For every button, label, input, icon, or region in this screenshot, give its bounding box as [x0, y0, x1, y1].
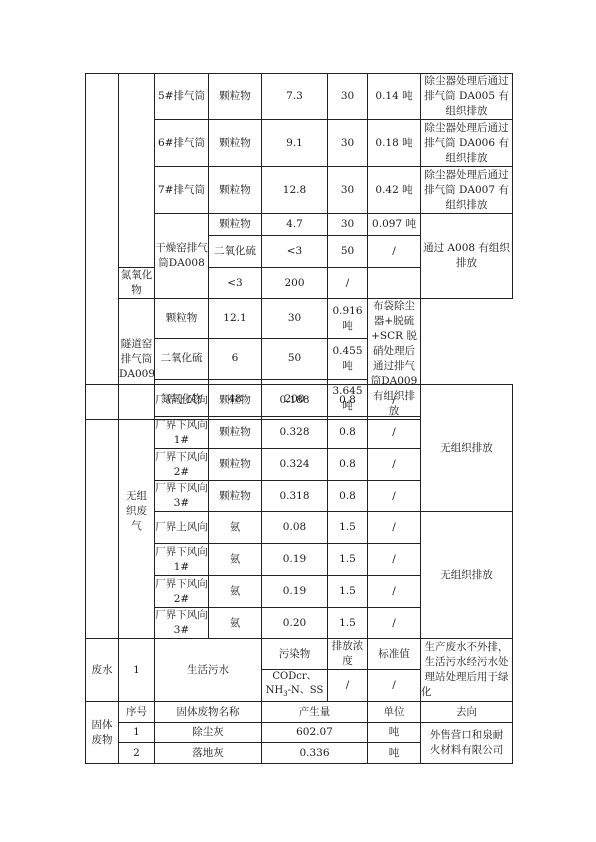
amount-cell: 0.18 吨 — [368, 120, 421, 167]
concentration-cell: / — [328, 670, 368, 702]
pollutant-cell: 颗粒物 — [209, 120, 262, 167]
standard-cell: 50 — [328, 236, 368, 268]
pollutant-cell: CODcr、 NH3-N、SS — [262, 670, 328, 702]
point-cell: 厂界下风向 2# — [155, 576, 209, 608]
point-cell: 厂界下风向 2# — [155, 449, 209, 481]
name-cell: 除尘灰 — [155, 723, 262, 743]
concentration-cell: 0.20 — [262, 608, 328, 639]
category-cell-gas — [86, 74, 119, 420]
measure-cell: 生产废水不外排，生活污水经污水处理站处理后用于绿化 — [421, 639, 513, 702]
measure-cell: 通过 A008 有组织排放 — [421, 214, 513, 299]
pollutant-cell: 颗粒物 — [155, 299, 209, 339]
amount-cell: / — [368, 481, 421, 512]
concentration-cell: 0.19 — [262, 544, 328, 576]
header-unit: 单位 — [368, 702, 421, 723]
pollutant-cell: 氨 — [209, 544, 262, 576]
measure-cell: 除尘器处理后通过排气筒 DA006 有组织排放 — [421, 120, 513, 167]
concentration-cell: 0.324 — [262, 449, 328, 481]
unit-cell: 吨 — [368, 723, 421, 743]
pollutant-cell: 颗粒物 — [209, 167, 262, 214]
standard-cell: 50 — [262, 339, 328, 379]
point-cell: 厂界下风向 1# — [155, 544, 209, 576]
concentration-cell: 0.318 — [262, 481, 328, 512]
header-destination: 去向 — [421, 702, 513, 723]
concentration-cell: 12.8 — [262, 167, 328, 214]
amount-cell: 0.097 吨 — [368, 214, 421, 236]
standard-cell: / — [368, 670, 421, 702]
amount-cell: 0.14 吨 — [368, 74, 421, 120]
standard-cell: 1.5 — [328, 512, 368, 544]
pollutant-text-2: NH — [266, 685, 283, 696]
header-pollutant: 污染物 — [262, 639, 328, 670]
header-concentration: 排放浓度 — [328, 639, 368, 670]
standard-cell: 30 — [328, 214, 368, 236]
header-name: 固体废物名称 — [155, 702, 262, 723]
table-row-wastewater: 废水 1 生活污水 污染物 排放浓度 标准值 生产废水不外排，生活污水经污水处理… — [86, 639, 513, 670]
amount-cell: / — [328, 268, 368, 299]
category-cell-solid: 固体废物 — [86, 702, 119, 764]
pollutant-cell: 颗粒物 — [209, 449, 262, 481]
index-cell: 1 — [119, 723, 155, 743]
point-cell: 厂界下风向 3# — [155, 608, 209, 639]
source-cell: 7#排气筒 — [155, 167, 209, 214]
amount-cell: / — [368, 449, 421, 481]
pollutant-text-3: -N、SS — [288, 685, 324, 696]
table-row: 1 除尘灰 602.07 吨 外售营口和泉耐火材料有限公司 — [86, 723, 513, 743]
pollutant-cell: 颗粒物 — [209, 214, 262, 236]
pollutant-cell: 氨 — [209, 512, 262, 544]
concentration-cell: 4.7 — [262, 214, 328, 236]
table-row: 隧道窑排气筒DA009 颗粒物 12.1 30 0.916 吨 布袋除尘器+脱硫… — [86, 299, 513, 339]
amount-cell: / — [368, 512, 421, 544]
table-row: 5#排气筒 颗粒物 7.3 30 0.14 吨 除尘器处理后通过排气筒 DA00… — [86, 74, 513, 120]
amount-cell: / — [368, 236, 421, 268]
source-cell: 5#排气筒 — [155, 74, 209, 120]
header-index: 序号 — [119, 702, 155, 723]
subcategory-cell-organized — [119, 74, 155, 268]
pollutant-cell: 氮氧化物 — [119, 268, 155, 299]
header-amount: 产生量 — [262, 702, 368, 723]
pollutant-cell: 二氧化硫 — [155, 339, 209, 379]
amount-cell: 0.455 吨 — [328, 339, 368, 379]
concentration-cell: 0.19 — [262, 576, 328, 608]
pollutant-cell: 颗粒物 — [209, 417, 262, 449]
name-cell: 生活污水 — [155, 639, 262, 702]
table-row-solid-header: 固体废物 序号 固体废物名称 产生量 单位 去向 — [86, 702, 513, 723]
measure-cell: 无组织排放 — [421, 512, 513, 639]
index-cell: 2 — [119, 743, 155, 764]
amount-cell: 602.07 — [262, 723, 368, 743]
amount-cell: 0.916 吨 — [328, 299, 368, 339]
concentration-cell: <3 — [262, 236, 328, 268]
concentration-cell: 12.1 — [209, 299, 262, 339]
source-cell: 6#排气筒 — [155, 120, 209, 167]
subcategory-cell-fugitive: 无组织废气 — [119, 385, 155, 639]
pollutant-text-1: CODcr、 — [272, 671, 316, 682]
unit-cell: 吨 — [368, 743, 421, 764]
category-cell-gas-cont — [86, 385, 119, 639]
header-standard: 标准值 — [368, 639, 421, 670]
category-cell-wastewater: 废水 — [86, 639, 119, 702]
standard-cell: 0.8 — [328, 385, 368, 417]
concentration-cell: 0.188 — [262, 385, 328, 417]
amount-cell: / — [368, 576, 421, 608]
point-cell: 厂界下风向 3# — [155, 481, 209, 512]
amount-cell: 0.336 — [262, 743, 368, 764]
index-cell: 1 — [119, 639, 155, 702]
point-cell: 厂界下风向 1# — [155, 417, 209, 449]
name-cell: 落地灰 — [155, 743, 262, 764]
measure-cell: 除尘器处理后通过排气筒 DA007 有组织排放 — [421, 167, 513, 214]
fugitive-table: 无组织废气 厂界上风向 颗粒物 0.188 0.8 / 无组织排放 厂界下风向 … — [85, 384, 513, 764]
measure-cell: 除尘器处理后通过排气筒 DA005 有组织排放 — [421, 74, 513, 120]
point-cell: 厂界上风向 — [155, 385, 209, 417]
standard-cell: 1.5 — [328, 576, 368, 608]
standard-cell: 1.5 — [328, 544, 368, 576]
pollutant-cell: 颗粒物 — [209, 74, 262, 120]
point-cell: 厂界上风向 — [155, 512, 209, 544]
concentration-cell: 9.1 — [262, 120, 328, 167]
standard-cell: 200 — [262, 268, 328, 299]
amount-cell: / — [368, 385, 421, 417]
standard-cell: 0.8 — [328, 417, 368, 449]
table-row: 无组织废气 厂界上风向 颗粒物 0.188 0.8 / 无组织排放 — [86, 385, 513, 417]
amount-cell: / — [368, 417, 421, 449]
pollutant-cell: 颗粒物 — [209, 481, 262, 512]
standard-cell: 30 — [328, 167, 368, 214]
measure-cell: 无组织排放 — [421, 385, 513, 512]
source-cell-da008: 干燥窑排气筒DA008 — [155, 214, 209, 299]
concentration-cell: 0.328 — [262, 417, 328, 449]
standard-cell: 0.8 — [328, 449, 368, 481]
standard-cell: 30 — [328, 120, 368, 167]
concentration-cell: 7.3 — [262, 74, 328, 120]
concentration-cell: <3 — [209, 268, 262, 299]
amount-cell: 0.42 吨 — [368, 167, 421, 214]
standard-cell: 30 — [262, 299, 328, 339]
destination-cell: 外售营口和泉耐火材料有限公司 — [421, 723, 513, 764]
pollutant-cell: 氨 — [209, 608, 262, 639]
concentration-cell: 6 — [209, 339, 262, 379]
pollutant-cell: 氨 — [209, 576, 262, 608]
pollutant-cell: 颗粒物 — [209, 385, 262, 417]
amount-cell: / — [368, 544, 421, 576]
emissions-table: 5#排气筒 颗粒物 7.3 30 0.14 吨 除尘器处理后通过排气筒 DA00… — [85, 73, 513, 420]
concentration-cell: 0.08 — [262, 512, 328, 544]
standard-cell: 1.5 — [328, 608, 368, 639]
pollutant-cell: 二氧化硫 — [209, 236, 262, 268]
standard-cell: 30 — [328, 74, 368, 120]
standard-cell: 0.8 — [328, 481, 368, 512]
amount-cell: / — [368, 608, 421, 639]
